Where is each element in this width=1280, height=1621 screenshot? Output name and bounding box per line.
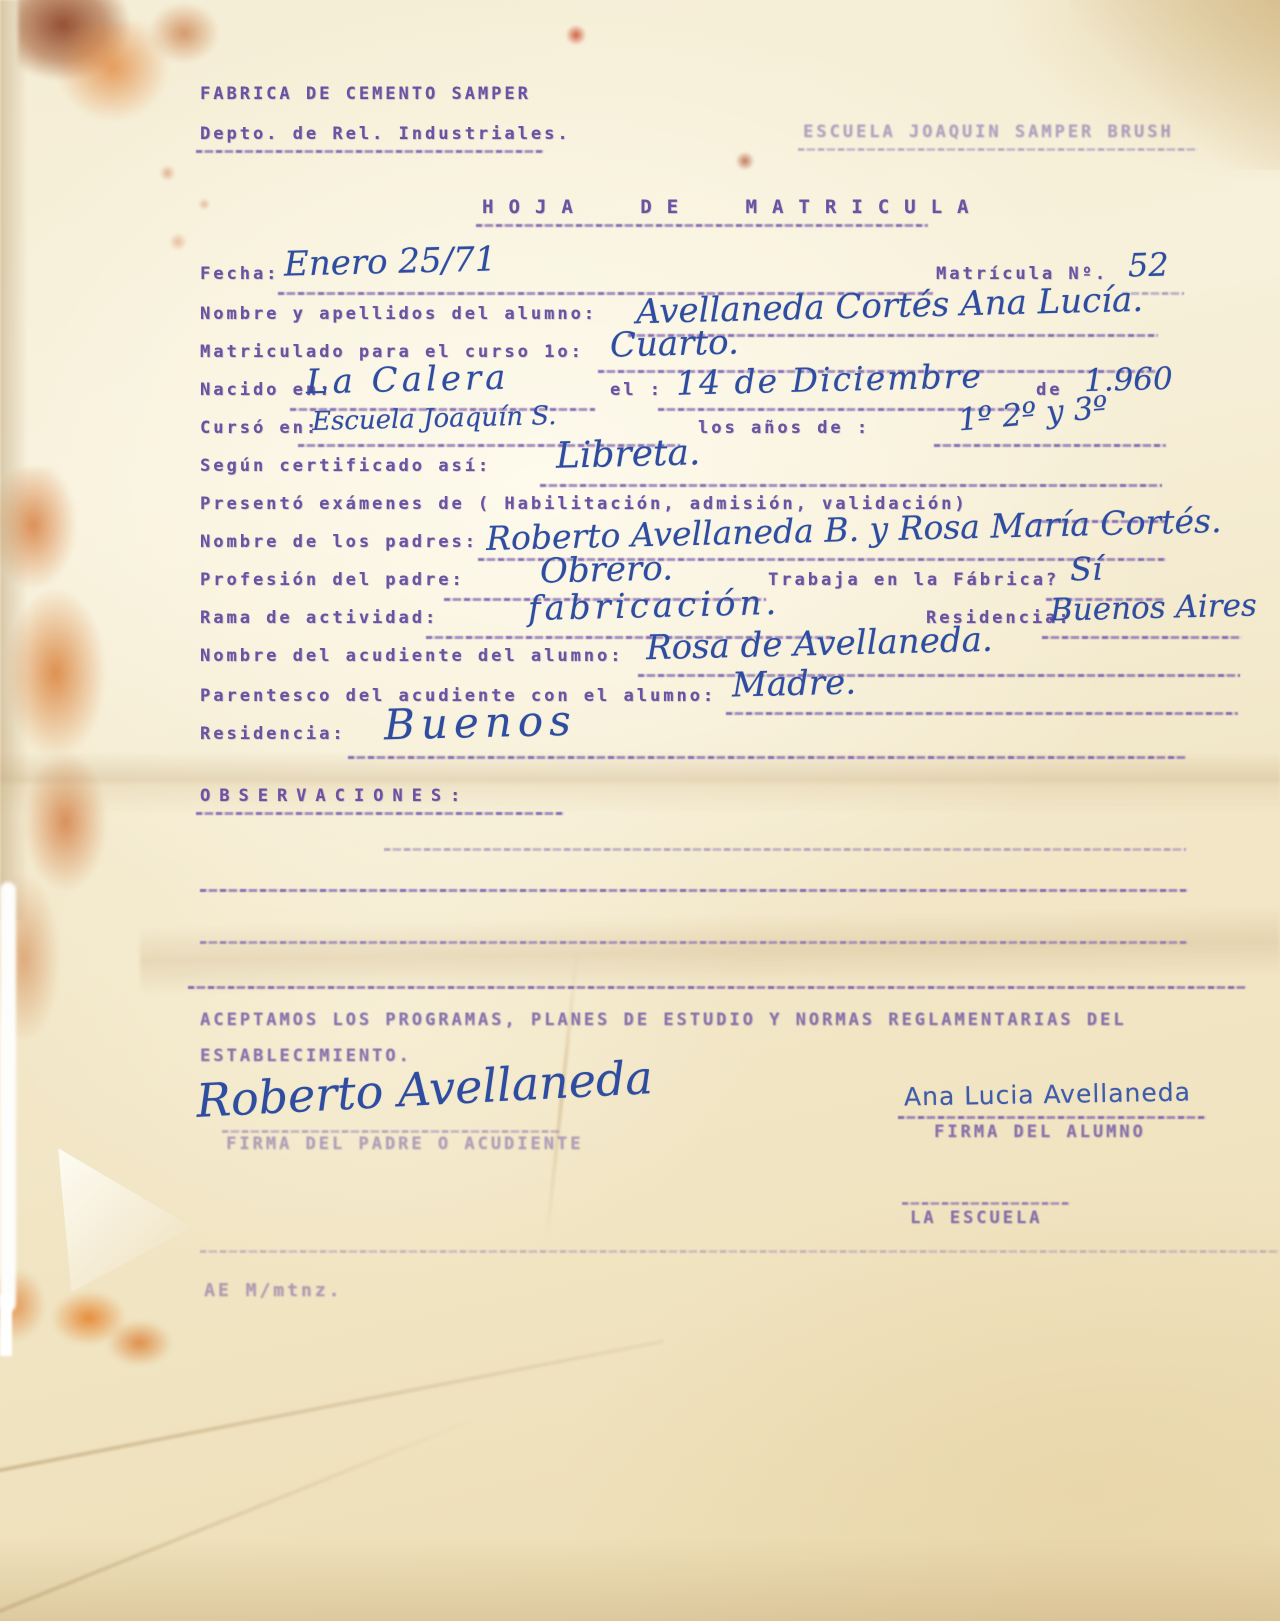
school-signature-line — [902, 1202, 1070, 1205]
company-name: FABRICA DE CEMENTO SAMPER — [200, 84, 531, 104]
school-signature-caption: LA ESCUELA — [910, 1208, 1042, 1228]
typist-initials-note: AE M/mtnz. — [204, 1280, 342, 1301]
observations-underline — [196, 812, 564, 815]
footer-rule — [200, 1250, 1280, 1253]
years-value: 1º 2º y 3º — [957, 390, 1110, 439]
school-stamp-underline — [798, 148, 1198, 151]
years-label: los años de : — [698, 418, 870, 438]
previous-school-label: Cursó en: — [200, 418, 319, 438]
scanned-enrollment-form: FABRICA DE CEMENTO SAMPER Depto. de Rel.… — [0, 0, 1280, 1621]
years-line — [934, 444, 1166, 447]
student-signature-line — [898, 1116, 1206, 1119]
stain-dot — [565, 25, 587, 45]
father-occupation-label: Profesión del padre: — [200, 570, 465, 590]
stain-left-edge-rust — [0, 468, 126, 1038]
father-signature-line — [222, 1130, 560, 1133]
works-at-factory-label: Trabaja en la Fábrica? — [768, 570, 1059, 590]
guardian-residence-label: Residencia: — [200, 724, 346, 744]
fecha-label: Fecha: — [200, 264, 279, 284]
guardian-residence-line — [348, 756, 1186, 759]
activity-branch-label: Rama de actividad: — [200, 608, 438, 628]
guardian-name-value: Rosa de Avellaneda. — [646, 620, 994, 668]
certificate-label: Según certificado así: — [200, 456, 491, 476]
guardian-relationship-value: Madre. — [732, 662, 857, 705]
page-title: HOJA DE MATRICULA — [482, 196, 983, 218]
course-label: Matriculado para el curso 1o: — [200, 342, 584, 362]
matricula-value: 52 — [1128, 246, 1170, 285]
stain-top-left-brown — [148, 2, 220, 64]
previous-school-value: Escuela Joaquín S. — [312, 401, 557, 437]
paper-crease — [0, 1415, 482, 1614]
birthdate-value: 14 de Diciembre — [676, 356, 984, 402]
birthplace-value: La Calera — [306, 358, 510, 403]
certificate-line — [540, 484, 1162, 487]
works-at-factory-value: Sí — [1070, 550, 1103, 589]
observations-rule — [200, 941, 1188, 944]
acceptance-text-line1: ACEPTAMOS LOS PROGRAMAS, PLANES DE ESTUD… — [200, 1010, 1126, 1030]
observations-label: OBSERVACIONES: — [200, 786, 469, 806]
school-stamp: ESCUELA JOAQUIN SAMPER BRUSH — [803, 122, 1174, 142]
father-residence-line — [1042, 636, 1242, 639]
observations-rule — [384, 848, 1186, 851]
paper-bottom-shade — [0, 1538, 1280, 1621]
certificate-value: Libreta. — [556, 432, 701, 477]
guardian-residence-value: Buenos — [383, 696, 577, 750]
guardian-name-line — [638, 674, 1240, 677]
department-name: Depto. de Rel. Industriales. — [200, 124, 571, 144]
department-underline — [196, 150, 544, 153]
paper-tear — [0, 1294, 12, 1356]
title-underline — [476, 224, 928, 227]
observations-rule — [200, 889, 1188, 892]
birthdate-label: el : — [610, 380, 663, 400]
stain-dot — [735, 152, 755, 170]
guardian-relationship-line — [726, 712, 1238, 715]
paper-crease — [139, 906, 1280, 996]
paper-crease — [0, 752, 1280, 814]
stain-bottom-left-orange — [38, 1278, 183, 1378]
paper-tear — [0, 882, 16, 1312]
course-value: Cuarto. — [610, 322, 740, 365]
paper-fold — [58, 1148, 192, 1292]
paper-crease — [0, 1339, 664, 1480]
stain-top-left-dark — [18, 0, 130, 80]
stain-top-left-orange — [55, 22, 170, 122]
student-signature-caption: FIRMA DEL ALUMNO — [934, 1122, 1146, 1142]
stain-speckles — [136, 148, 241, 273]
fecha-value: Enero 25/71 — [284, 239, 497, 284]
paper-edge-shadow — [0, 0, 28, 920]
paper-corner-shade — [1070, 0, 1280, 170]
student-name-label: Nombre y apellidos del alumno: — [200, 304, 597, 324]
activity-branch-value: fabricación. — [528, 583, 781, 629]
section-divider-rule — [188, 986, 1246, 989]
parents-label: Nombre de los padres: — [200, 532, 478, 552]
acceptance-text-line2: ESTABLECIMIENTO. — [200, 1046, 412, 1066]
student-signature: Ana Lucia Avellaneda — [904, 1077, 1191, 1111]
stain-bottom-left-orange — [0, 1268, 46, 1342]
guardian-name-label: Nombre del acudiente del alumno: — [200, 646, 624, 666]
father-residence-value: Buenos Aires — [1050, 587, 1258, 628]
father-signature-caption: FIRMA DEL PADRE O ACUDIENTE — [226, 1134, 583, 1154]
